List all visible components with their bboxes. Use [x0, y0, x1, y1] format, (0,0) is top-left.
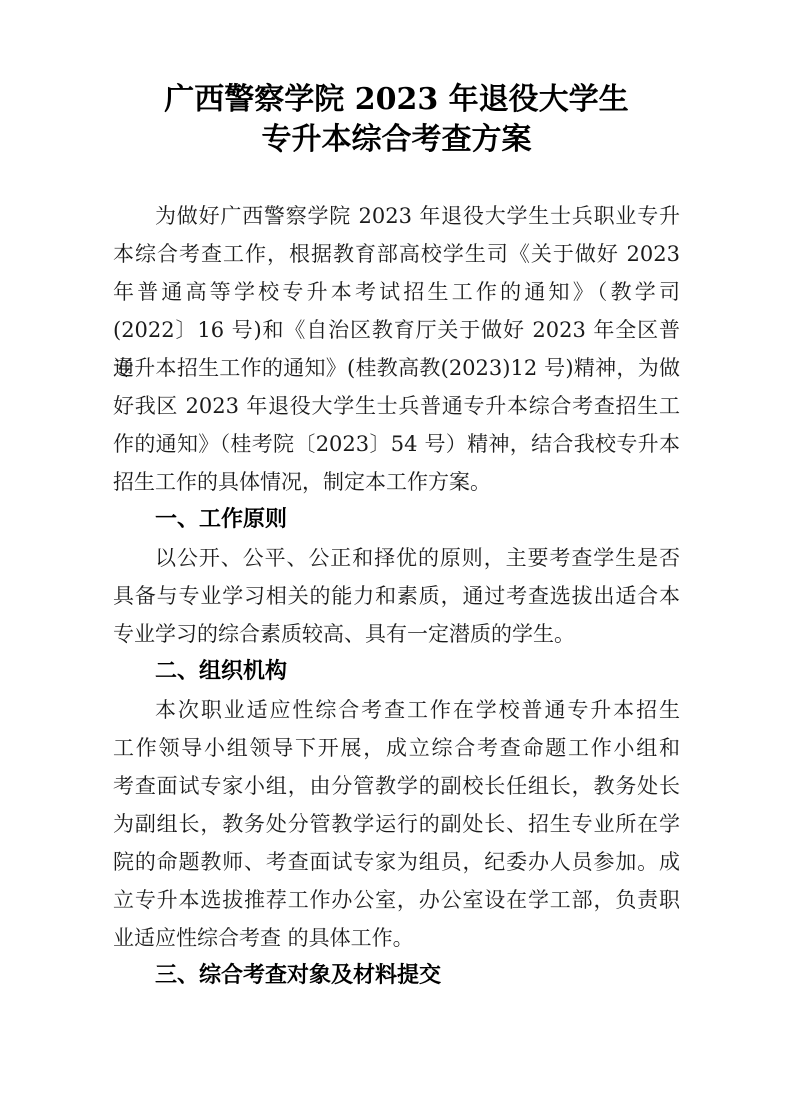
text-line: 好我区 2023 年退役大学生士兵普通专升本综合考查招生工	[113, 387, 680, 425]
document-title-line-2: 专升本综合考查方案	[113, 120, 680, 160]
text-line: 作的通知》（桂考院〔2023〕54 号）精神，结合我校专升本	[113, 425, 680, 463]
text-line: 本综合考查工作，根据教育部高校学生司《关于做好 2023	[113, 235, 680, 273]
document-body: 为做好广西警察学院 2023 年退役大学生士兵职业专升本综合考查工作，根据教育部…	[113, 197, 680, 995]
text-line: 具备与专业学习相关的能力和素质，通过考查选拔出适合本	[113, 577, 680, 615]
section-heading-3: 三、综合考查对象及材料提交	[113, 957, 680, 995]
text-line: 院的命题教师、考查面试专家为组员，纪委办人员参加。成	[113, 843, 680, 881]
text-line: 以公开、公平、公正和择优的原则，主要考查学生是否	[113, 539, 680, 577]
text-line: 专升本招生工作的通知》(桂教高教(2023)12 号)精神，为做	[113, 349, 680, 387]
section-heading-1: 一、工作原则	[113, 501, 680, 539]
text-line: 年普通高等学校专升本考试招生工作的通知》（教学司	[113, 273, 680, 311]
organization-paragraph: 本次职业适应性综合考查工作在学校普通专升本招生工作领导小组领导下开展，成立综合考…	[113, 691, 680, 957]
text-line: 立专升本选拔推荐工作办公室，办公室设在学工部，负责职	[113, 881, 680, 919]
document-title-line-1: 广西警察学院 2023 年退役大学生	[113, 80, 680, 120]
text-line: 业适应性综合考查 的具体工作。	[113, 919, 680, 957]
text-line: 为做好广西警察学院 2023 年退役大学生士兵职业专升	[113, 197, 680, 235]
text-line: 考查面试专家小组，由分管教学的副校长任组长，教务处长	[113, 767, 680, 805]
section-heading-2: 二、组织机构	[113, 653, 680, 691]
text-line: 工作领导小组领导下开展，成立综合考查命题工作小组和	[113, 729, 680, 767]
document-page: 广西警察学院 2023 年退役大学生 专升本综合考查方案 为做好广西警察学院 2…	[0, 0, 794, 1108]
intro-paragraph: 为做好广西警察学院 2023 年退役大学生士兵职业专升本综合考查工作，根据教育部…	[113, 197, 680, 501]
text-line: 专业学习的综合素质较高、具有一定潜质的学生。	[113, 615, 680, 653]
text-line: 本次职业适应性综合考查工作在学校普通专升本招生	[113, 691, 680, 729]
text-line: (2022〕16 号)和《自治区教育厅关于做好 2023 年全区普通	[113, 311, 680, 349]
text-line: 招生工作的具体情况，制定本工作方案。	[113, 463, 680, 501]
text-line: 为副组长，教务处分管教学运行的副处长、招生专业所在学	[113, 805, 680, 843]
document-title: 广西警察学院 2023 年退役大学生 专升本综合考查方案	[113, 80, 680, 160]
principles-paragraph: 以公开、公平、公正和择优的原则，主要考查学生是否具备与专业学习相关的能力和素质，…	[113, 539, 680, 653]
